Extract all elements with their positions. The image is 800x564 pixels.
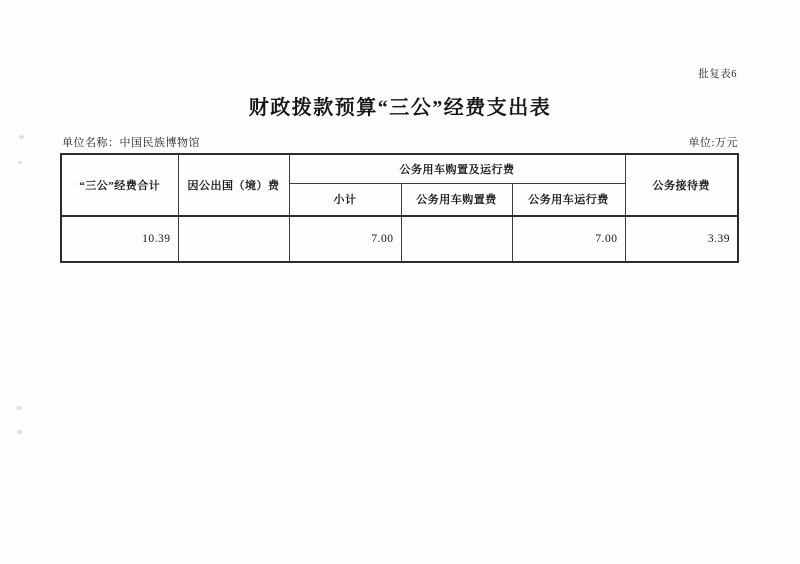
page-title: 财政拨款预算“三公”经费支出表 [0, 91, 800, 120]
unit-name-label: 单位名称：中国民族博物馆 [62, 134, 200, 150]
col-header-sangong-total: “三公”经费合计 [61, 154, 178, 216]
unit-of-measure-label: 单位:万元 [688, 134, 738, 150]
sangong-expense-table: “三公”经费合计 因公出国（境）费 公务用车购置及运行费 公务接待费 小计 公务… [60, 153, 739, 263]
header-row-1: “三公”经费合计 因公出国（境）费 公务用车购置及运行费 公务接待费 [61, 154, 738, 183]
cell-reception-fee: 3.39 [625, 216, 738, 262]
col-header-vehicle-operation: 公务用车运行费 [512, 183, 625, 216]
scan-artifact [17, 430, 22, 434]
scan-artifact [16, 406, 22, 410]
col-header-vehicle-group: 公务用车购置及运行费 [289, 154, 625, 183]
document-page: 批复表6 财政拨款预算“三公”经费支出表 单位名称：中国民族博物馆 单位:万元 … [0, 0, 800, 564]
cell-abroad-fee [178, 216, 289, 262]
cell-sangong-total: 10.39 [61, 216, 178, 262]
table-row: 10.39 7.00 7.00 3.39 [61, 216, 738, 262]
cell-vehicle-purchase [401, 216, 512, 262]
meta-row: 单位名称：中国民族博物馆 单位:万元 [62, 134, 738, 150]
scan-artifact [18, 161, 22, 164]
scan-artifact [19, 135, 24, 139]
col-header-abroad-fee: 因公出国（境）费 [178, 154, 289, 216]
col-header-vehicle-subtotal: 小计 [289, 183, 401, 216]
col-header-reception-fee: 公务接待费 [625, 154, 738, 216]
col-header-vehicle-purchase: 公务用车购置费 [401, 183, 512, 216]
cell-vehicle-subtotal: 7.00 [289, 216, 401, 262]
form-tag: 批复表6 [0, 66, 737, 81]
cell-vehicle-operation: 7.00 [512, 216, 625, 262]
